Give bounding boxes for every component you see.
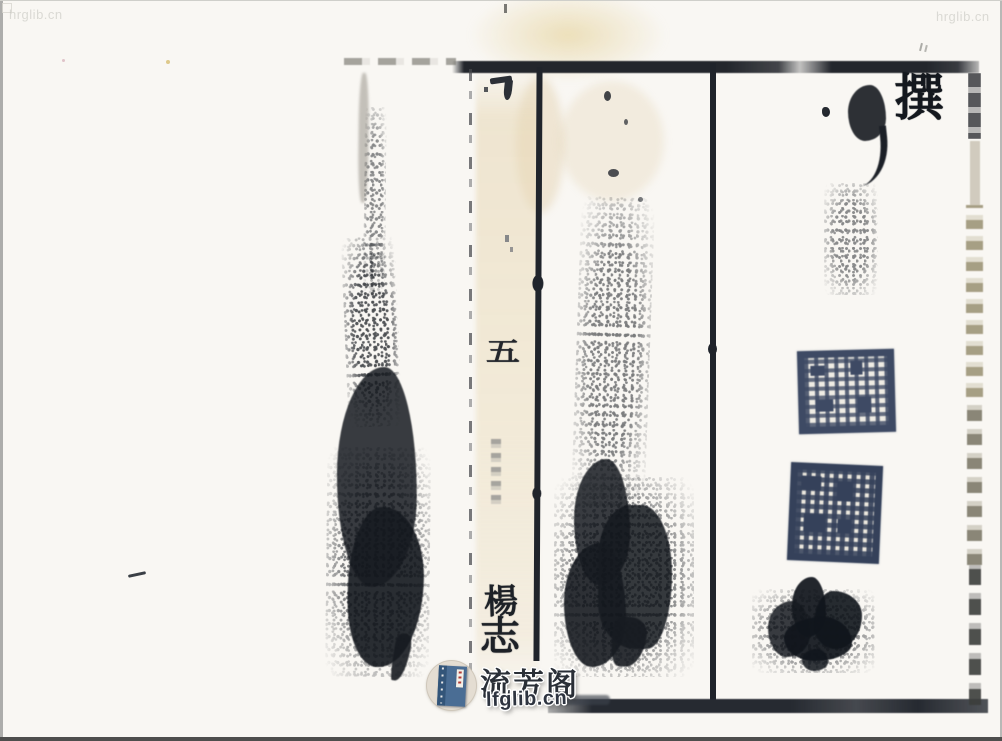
speck bbox=[919, 43, 923, 51]
ink-dot bbox=[624, 119, 628, 125]
ink-smear-left-page bbox=[319, 66, 443, 683]
seal-glyph-block bbox=[801, 476, 822, 491]
ink-knot bbox=[532, 487, 541, 500]
ink-tail bbox=[853, 125, 892, 186]
scan-edge-bottom bbox=[0, 737, 1002, 741]
speck bbox=[924, 45, 928, 52]
page-frame-right-border bbox=[967, 397, 982, 565]
ink-knot bbox=[532, 275, 543, 292]
page-frame-right-border bbox=[966, 205, 983, 397]
ink-blob-bottom-right bbox=[752, 575, 878, 675]
speck bbox=[166, 60, 170, 64]
ink-speckle-trail bbox=[824, 183, 878, 295]
scan-edge-left bbox=[0, 1, 3, 741]
seal-glyph-block bbox=[837, 519, 852, 534]
partial-glyph bbox=[484, 73, 520, 103]
ghost-text-streak bbox=[491, 439, 501, 507]
ink-smear-right-top bbox=[820, 85, 890, 300]
inscription-character-2: 志 bbox=[480, 617, 520, 657]
faint-mark bbox=[510, 247, 513, 252]
seal-glyph-block bbox=[810, 366, 824, 376]
page-frame-right-border bbox=[968, 73, 981, 139]
ink-speckle bbox=[325, 446, 431, 677]
ink-dot bbox=[604, 91, 611, 101]
column-line-dotted bbox=[469, 69, 472, 691]
ink-taper bbox=[802, 649, 828, 671]
seal-glyph-block bbox=[803, 514, 826, 533]
seal-glyph-block bbox=[837, 481, 854, 502]
speck bbox=[504, 4, 507, 13]
faint-mark bbox=[505, 235, 509, 242]
page-frame-right-border bbox=[970, 141, 980, 205]
column-line-right bbox=[710, 63, 716, 705]
page-frame-top-border-faint bbox=[344, 58, 456, 65]
scanned-book-page: hrglib.cn hrglib.cn 五 楊 志 bbox=[0, 0, 1002, 741]
author-marker-character: 撰 bbox=[894, 73, 944, 123]
watermark-top-right: hrglib.cn bbox=[936, 9, 990, 24]
site-badge bbox=[427, 661, 476, 710]
traditional-book-icon bbox=[437, 665, 467, 706]
seal-stamp-upper bbox=[797, 349, 896, 435]
glyph-stroke bbox=[503, 80, 513, 101]
speck bbox=[62, 59, 65, 62]
watermark-top-left: hrglib.cn bbox=[9, 7, 63, 22]
page-frame-right-border bbox=[969, 565, 981, 705]
book-title-slip bbox=[456, 669, 464, 687]
site-domain: lfglib.cn bbox=[486, 687, 568, 712]
speck bbox=[822, 107, 828, 114]
page-frame-bottom-border bbox=[548, 699, 988, 713]
seal-glyph-block bbox=[815, 399, 833, 411]
folio-number-character: 五 bbox=[486, 339, 520, 366]
scratch-mark bbox=[128, 571, 146, 578]
seal-glyph-block bbox=[857, 396, 871, 412]
book-title-slip-text bbox=[458, 671, 462, 684]
ink-blotch-middle-column bbox=[546, 77, 710, 677]
glyph-dot bbox=[484, 87, 488, 92]
seal-glyph-block bbox=[850, 361, 862, 375]
ink-dot bbox=[608, 169, 619, 177]
seal-stamp-lower bbox=[787, 462, 883, 564]
